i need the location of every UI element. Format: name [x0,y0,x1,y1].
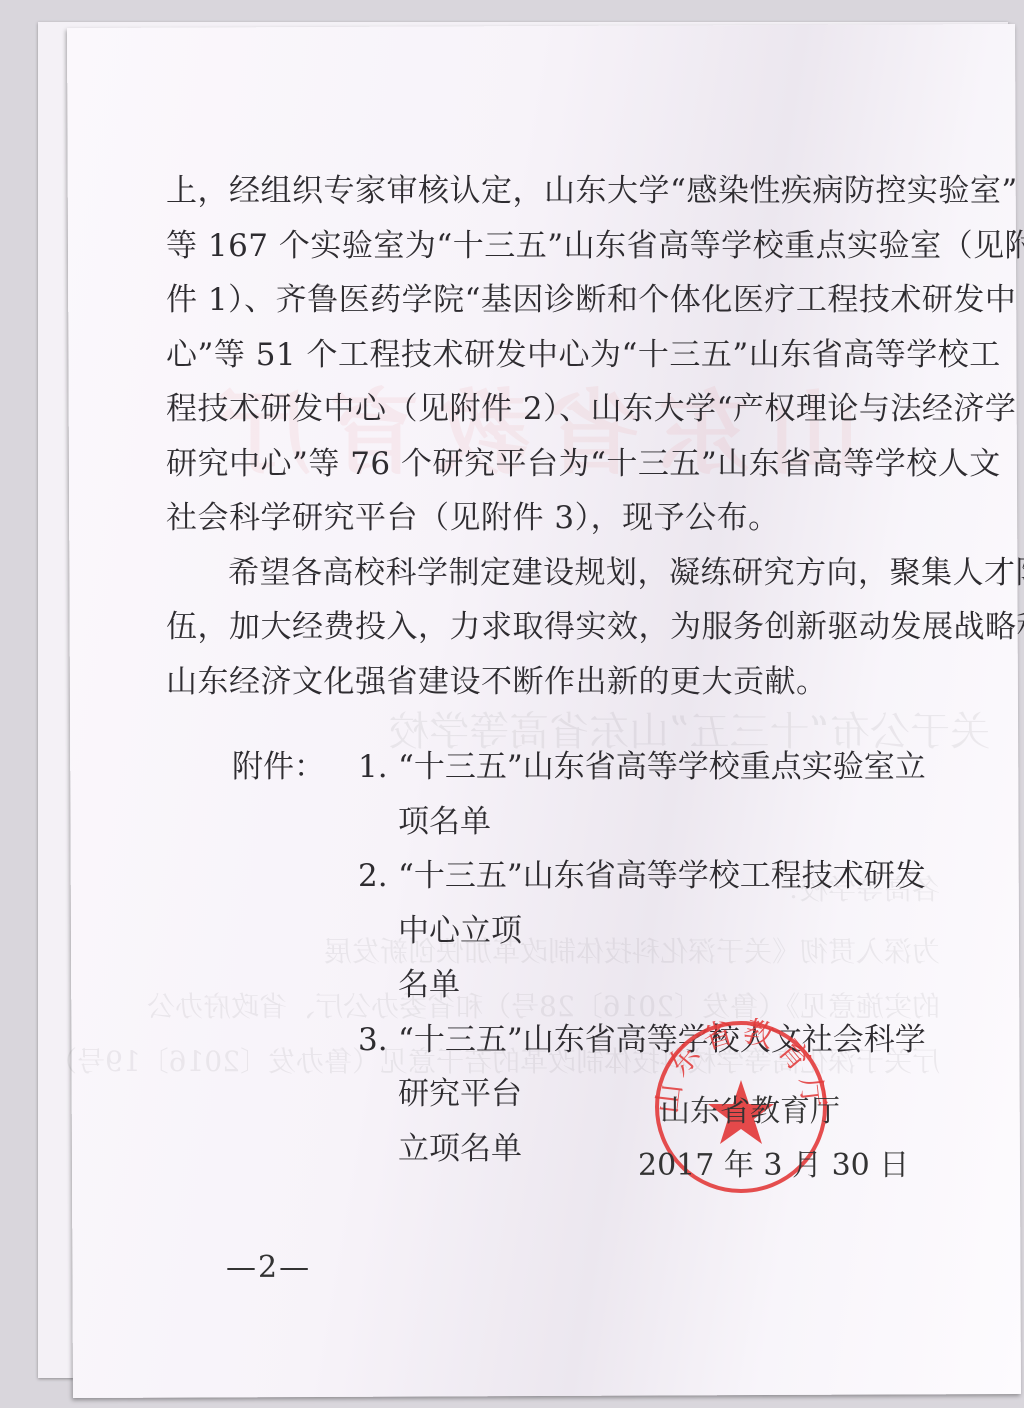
text-line: 伍，加大经费投入，力求取得实效，为服务创新驱动发展战略和 [166,600,916,655]
attachment-number: 3. [358,1013,398,1122]
attachment-item-2: 2. “十三五”山东省高等学校工程技术研发中心立项 [232,849,932,958]
paragraph-expectation: 希望各高校科学制定建设规划，凝练研究方向，聚集人才队 伍，加大经费投入，力求取得… [166,546,916,710]
attachment-title-continued: 名单 [232,958,932,1013]
document-body: 上，经组织专家审核认定，山东大学“感染性疾病防控实验室” 等 167 个实验室为… [166,164,916,709]
issue-date: 2017 年 3 月 30 日 [638,1139,909,1193]
text-line: 社会科学研究平台（见附件 3），现予公布。 [166,491,916,546]
attachment-number: 1. [358,740,398,849]
attachment-number: 2. [358,849,398,958]
text-line: 程技术研发中心（见附件 2）、山东大学“产权理论与法经济学 [166,382,916,437]
page-number: —2— [226,1250,311,1285]
text-line: 等 167 个实验室为“十三五”山东省高等学校重点实验室（见附 [166,219,916,274]
paragraph-announcement: 上，经组织专家审核认定，山东大学“感染性疾病防控实验室” 等 167 个实验室为… [166,164,916,546]
signature-block: 山东省教育厅 2017 年 3 月 30 日 [660,1085,909,1193]
text-line: 山东经济文化强省建设不断作出新的更大贡献。 [166,655,916,710]
text-line: 心”等 51 个工程技术研发中心为“十三五”山东省高等学校工 [166,328,916,383]
attachments-label: 附件： [232,740,358,849]
attachment-title: “十三五”山东省高等学校工程技术研发中心立项 [398,849,932,958]
attachment-item-1: 附件： 1. “十三五”山东省高等学校重点实验室立项名单 [232,740,932,849]
text-line: 希望各高校科学制定建设规划，凝练研究方向，聚集人才队 [166,546,916,601]
issuer-name: 山东省教育厅 [660,1085,909,1139]
text-line: 上，经组织专家审核认定，山东大学“感染性疾病防控实验室” [166,164,916,219]
text-line: 研究中心”等 76 个研究平台为“十三五”山东省高等学校人文 [166,437,916,492]
text-line: 件 1）、齐鲁医药学院“基因诊断和个体化医疗工程技术研发中 [166,273,916,328]
attachment-title: “十三五”山东省高等学校重点实验室立项名单 [398,740,932,849]
